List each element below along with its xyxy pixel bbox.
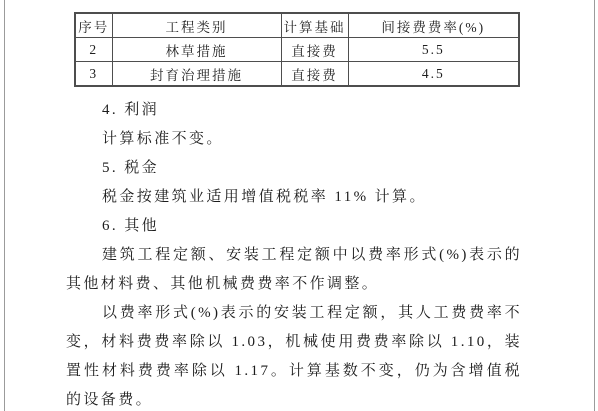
table-row: 2 林草措施 直接费 5.5 (75, 38, 519, 62)
document-page: 序号 工程类别 计算基础 间接费费率(%) 2 林草措施 直接费 5.5 3 封… (0, 0, 598, 411)
page-left-edge (4, 0, 5, 411)
cell-rate: 5.5 (348, 38, 519, 62)
page-content: 序号 工程类别 计算基础 间接费费率(%) 2 林草措施 直接费 5.5 3 封… (66, 12, 522, 411)
indirect-fee-rate-table: 序号 工程类别 计算基础 间接费费率(%) 2 林草措施 直接费 5.5 3 封… (74, 12, 520, 87)
header-serial-number: 序号 (75, 13, 112, 38)
section-heading-other: 6. 其他 (66, 212, 522, 241)
cell-basis: 直接费 (281, 62, 348, 87)
body-text: 4. 利润 计算标准不变。 5. 税金 税金按建筑业适用增值税税率 11% 计算… (66, 96, 522, 411)
cell-serial: 3 (75, 62, 112, 87)
paragraph-other-1: 建筑工程定额、安装工程定额中以费率形式(%)表示的其他材料费、其他机械费费率不作… (66, 241, 522, 299)
section-heading-profit: 4. 利润 (66, 96, 522, 125)
page-right-edge (594, 0, 595, 411)
paragraph-other-2: 以费率形式(%)表示的安装工程定额，其人工费费率不变，材料费费率除以 1.03，… (66, 299, 522, 411)
cell-category: 林草措施 (112, 38, 281, 62)
cell-category: 封育治理措施 (112, 62, 281, 87)
cell-basis: 直接费 (281, 38, 348, 62)
section-heading-tax: 5. 税金 (66, 154, 522, 183)
header-calculation-basis: 计算基础 (281, 13, 348, 38)
cell-serial: 2 (75, 38, 112, 62)
table-header-row: 序号 工程类别 计算基础 间接费费率(%) (75, 13, 519, 38)
cell-rate: 4.5 (348, 62, 519, 87)
paragraph-profit: 计算标准不变。 (66, 125, 522, 154)
header-indirect-fee-rate: 间接费费率(%) (348, 13, 519, 38)
header-project-category: 工程类别 (112, 13, 281, 38)
table-row: 3 封育治理措施 直接费 4.5 (75, 62, 519, 87)
paragraph-tax: 税金按建筑业适用增值税税率 11% 计算。 (66, 183, 522, 212)
